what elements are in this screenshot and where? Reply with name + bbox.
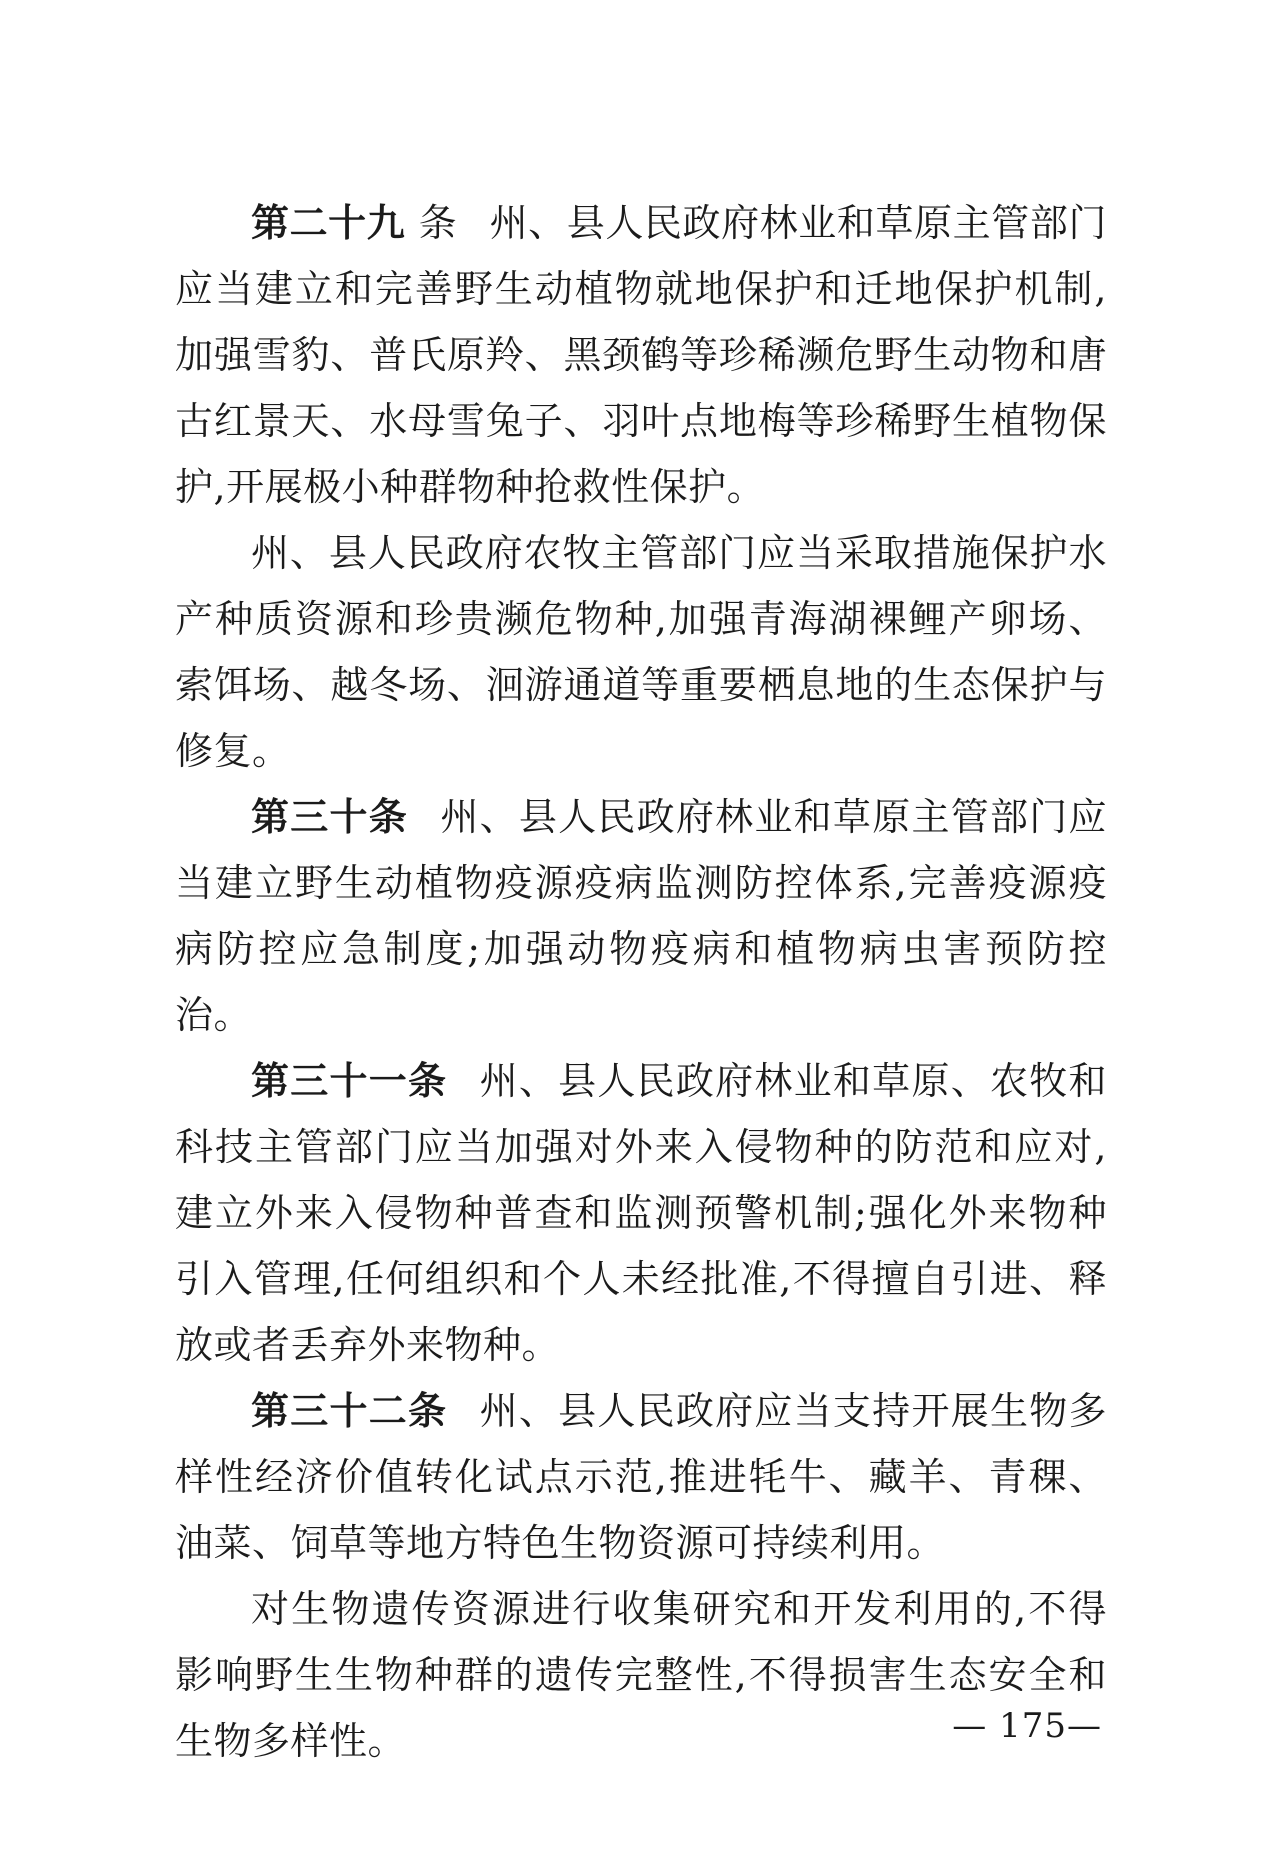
article-30-paragraph: 第三十条州、县人民政府林业和草原主管部门应当建立野生动植物疫源疫病监测防控体系,… [175,784,1107,1048]
page: 第二十九条州、县人民政府林业和草原主管部门应当建立和完善野生动植物就地保护和迁地… [0,0,1279,1852]
page-footer: — 175— [952,1706,1102,1746]
article-29-paragraph: 第二十九条州、县人民政府林业和草原主管部门应当建立和完善野生动植物就地保护和迁地… [175,190,1107,520]
document-page: { "colors": { "ink": "#1b1b1b", "paper":… [0,0,1279,1852]
article-30-number: 第三十条 [251,795,408,839]
article-29-clause-2-paragraph: 州、县人民政府农牧主管部门应当采取措施保护水产种质资源和珍贵濒危物种,加强青海湖… [175,520,1107,784]
article-32-paragraph: 第三十二条州、县人民政府应当支持开展生物多样性经济价值转化试点示范,推进牦牛、藏… [175,1378,1107,1576]
article-31-paragraph: 第三十一条州、县人民政府林业和草原、农牧和科技主管部门应当加强对外来入侵物种的防… [175,1048,1107,1378]
article-31-number: 第三十一条 [251,1059,447,1103]
article-29-number-suffix: 条 [419,201,458,245]
page-number: — 175— [952,1706,1102,1746]
article-31-body: 州、县人民政府林业和草原、农牧和科技主管部门应当加强对外来入侵物种的防范和应对,… [175,1059,1107,1367]
article-29-clause-2-body: 州、县人民政府农牧主管部门应当采取措施保护水产种质资源和珍贵濒危物种,加强青海湖… [175,531,1107,773]
article-29-body: 州、县人民政府林业和草原主管部门应当建立和完善野生动植物就地保护和迁地保护机制,… [175,201,1107,509]
article-32-number: 第三十二条 [251,1389,447,1433]
text-block: 第二十九条州、县人民政府林业和草原主管部门应当建立和完善野生动植物就地保护和迁地… [175,190,1107,1774]
article-29-number: 第二十九 [251,201,405,245]
